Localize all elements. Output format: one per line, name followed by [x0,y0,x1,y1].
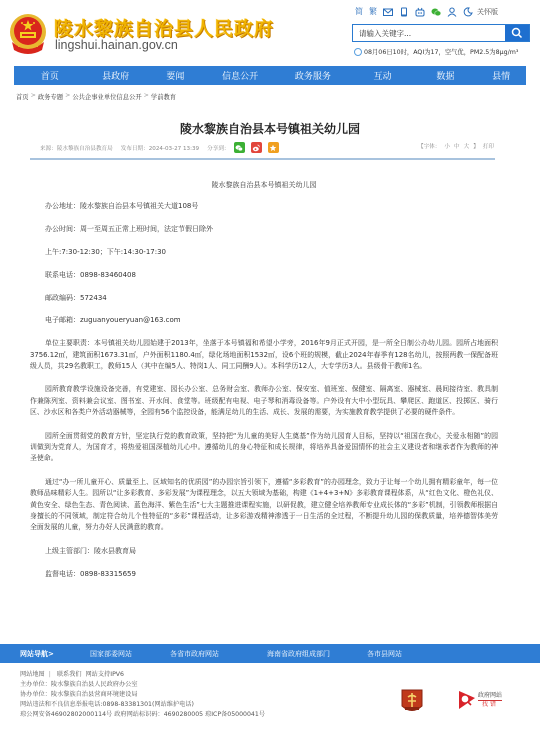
paragraph-curriculum: 通过“办一所儿童开心、质量至上、区域知名的优质园”的办园宗旨引领下，遵循“多彩教… [30,477,498,534]
supervision-phone: 监督电话：0898-83315659 [30,569,498,580]
sitemap-link[interactable]: 网站地图 [20,671,45,678]
article-publish-date: 发布日期：2024-03-27 13:39 [121,144,199,152]
share-qzone-icon[interactable] [268,142,279,153]
breadcrumb: 首页> 政务专题> 公共企事业单位信息公开> 学前教育 [16,92,176,101]
party-gov-badge-icon[interactable] [401,688,423,715]
breadcrumb-separator: > [65,92,70,101]
search-icon [511,27,523,39]
share-wechat-icon[interactable] [234,142,245,153]
care-mode-link[interactable]: 关怀版 [477,6,498,18]
footer-nav-counties[interactable]: 各市县网站 [367,649,437,659]
share-label: 分享到： [207,144,229,152]
site-footer: 网站地图| 联系我们 网站支持IPV6 主办单位：陵水黎族自治县人民政府办公室 … [20,670,265,720]
email: 电子邮箱：zuguanyoueryuan@163.com [30,315,498,326]
footer-icp[interactable]: 琼公网安备46902802000114号 政府网站标识码：4690280005 … [20,710,265,720]
weather-info: 08月06日10时，AQI为17，空气优，PM2.5为8μg/m³ [354,47,518,56]
font-size-controls: 【字体： 小 中 大 】 打印 [418,142,494,150]
nav-government[interactable]: 县政府 [86,69,146,82]
breadcrumb-preschool[interactable]: 学前教育 [151,92,176,101]
badge-text-line1: 政府网站 [478,692,502,701]
site-header: 陵水黎族自治县人民政府 lingshui.hainan.gov.cn 简 繁 关… [0,0,540,66]
main-nav: 首页 县政府 要闻 信息公开 政务服务 互动 数据 县情 [14,66,526,85]
print-button[interactable]: 打印 [483,142,494,150]
weather-icon [354,48,362,56]
gov-site-error-report-badge[interactable]: 政府网站 找错 [458,689,508,711]
paragraph-facilities: 园所教育教学设施设备完善，有党建室、园长办公室、总务财会室、教师办公室、保安室、… [30,384,498,418]
title-divider [30,158,495,160]
footer-nav-ministries[interactable]: 国家部委网站 [90,649,170,659]
breadcrumb-topics[interactable]: 政务专题 [38,92,63,101]
national-emblem-icon [8,12,48,56]
nav-info-disclosure[interactable]: 信息公开 [205,69,275,82]
office-address: 办公地址：陵水黎族自治县本号镇祖关大道108号 [30,201,498,212]
breadcrumb-separator: > [144,92,149,101]
superior-department: 上级主管部门：陵水县教育局 [30,546,498,557]
paragraph-philosophy: 园所全面贯彻党的教育方针，坚定执行党的教育政策，坚持把“为儿童的美好人生奠基”作… [30,431,498,465]
footer-nav-provinces[interactable]: 各省市政府网站 [170,649,255,659]
font-size-label: 【字体： [418,142,440,150]
breadcrumb-public-units[interactable]: 公共企事业单位信息公开 [72,92,141,101]
header-toolbar: 简 繁 关怀版 [355,6,498,18]
search-input[interactable] [353,25,505,41]
site-domain: lingshui.hainan.gov.cn [55,38,178,52]
search-button[interactable] [505,25,529,41]
share-weibo-icon[interactable] [251,142,262,153]
font-medium-button[interactable]: 中 [454,142,460,150]
footer-separator: | [49,671,51,678]
postcode: 邮政编码：572434 [30,293,498,304]
article-body: 陵水黎族自治县本号镇祖关幼儿园 办公地址：陵水黎族自治县本号镇祖关大道108号 … [30,180,498,591]
weather-text: 08月06日10时，AQI为17，空气优，PM2.5为8μg/m³ [364,47,518,56]
site-title[interactable]: 陵水黎族自治县人民政府 [54,14,274,41]
breadcrumb-separator: > [31,92,36,101]
contact-us-link[interactable]: 联系我们 [57,671,82,678]
mail-icon[interactable] [383,7,393,17]
nav-home[interactable]: 首页 [14,69,86,82]
font-size-close: 】 [473,142,479,150]
ipv6-link[interactable]: 网站支持IPV6 [86,671,124,678]
magnifier-flag-icon [458,690,476,710]
simplified-chinese-link[interactable]: 简 [355,6,363,18]
traditional-chinese-link[interactable]: 繁 [369,6,377,18]
weibo-icon[interactable] [415,7,425,17]
search-box [352,24,530,42]
article-source: 来源：陵水黎族自治县教育局 [40,144,113,152]
badge-text-line2: 找错 [478,701,502,709]
nav-news[interactable]: 要闻 [145,69,205,82]
font-small-button[interactable]: 小 [444,142,450,150]
wechat-icon[interactable] [431,7,441,17]
elder-care-icon[interactable] [463,7,473,17]
nav-data[interactable]: 数据 [414,69,476,82]
footer-sponsor: 主办单位：陵水黎族自治县人民政府办公室 [20,680,265,690]
nav-gov-services[interactable]: 政务服务 [275,69,351,82]
user-icon[interactable] [447,7,457,17]
article-title: 陵水黎族自治县本号镇祖关幼儿园 [0,120,540,137]
contact-phone: 联系电话：0898-83460408 [30,270,498,281]
office-hours-detail: 上午:7:30-12:30；下午:14:30-17:30 [30,247,498,258]
font-large-button[interactable]: 大 [464,142,470,150]
footer-nav-hainan-departments[interactable]: 海南省政府组成部门 [267,649,367,659]
breadcrumb-home[interactable]: 首页 [16,92,29,101]
footer-nav-title: 网站导航> [20,649,90,659]
footer-co-organizer: 协办单位：陵水黎族自治县营商环境建设局 [20,690,265,700]
nav-interaction[interactable]: 互动 [351,69,415,82]
footer-nav: 网站导航> 国家部委网站 各省市政府网站 海南省政府组成部门 各市县网站 [0,644,540,663]
office-hours: 办公时间：周一至周五正常上班时间，法定节假日除外 [30,224,498,235]
mobile-icon[interactable] [399,7,409,17]
article-meta: 来源：陵水黎族自治县教育局 发布日期：2024-03-27 13:39 分享到： [40,142,279,153]
footer-links: 网站地图| 联系我们 网站支持IPV6 [20,670,265,680]
paragraph-duties: 单位主要职责：本号镇祖关幼儿园始建于2013年，坐落于本号镇福和希望小学旁，20… [30,338,498,372]
body-heading: 陵水黎族自治县本号镇祖关幼儿园 [30,180,498,191]
nav-county-info[interactable]: 县情 [476,69,526,82]
footer-report: 网站违法和不良信息举报电话:0898-83381301(网站维护电话) [20,700,265,710]
